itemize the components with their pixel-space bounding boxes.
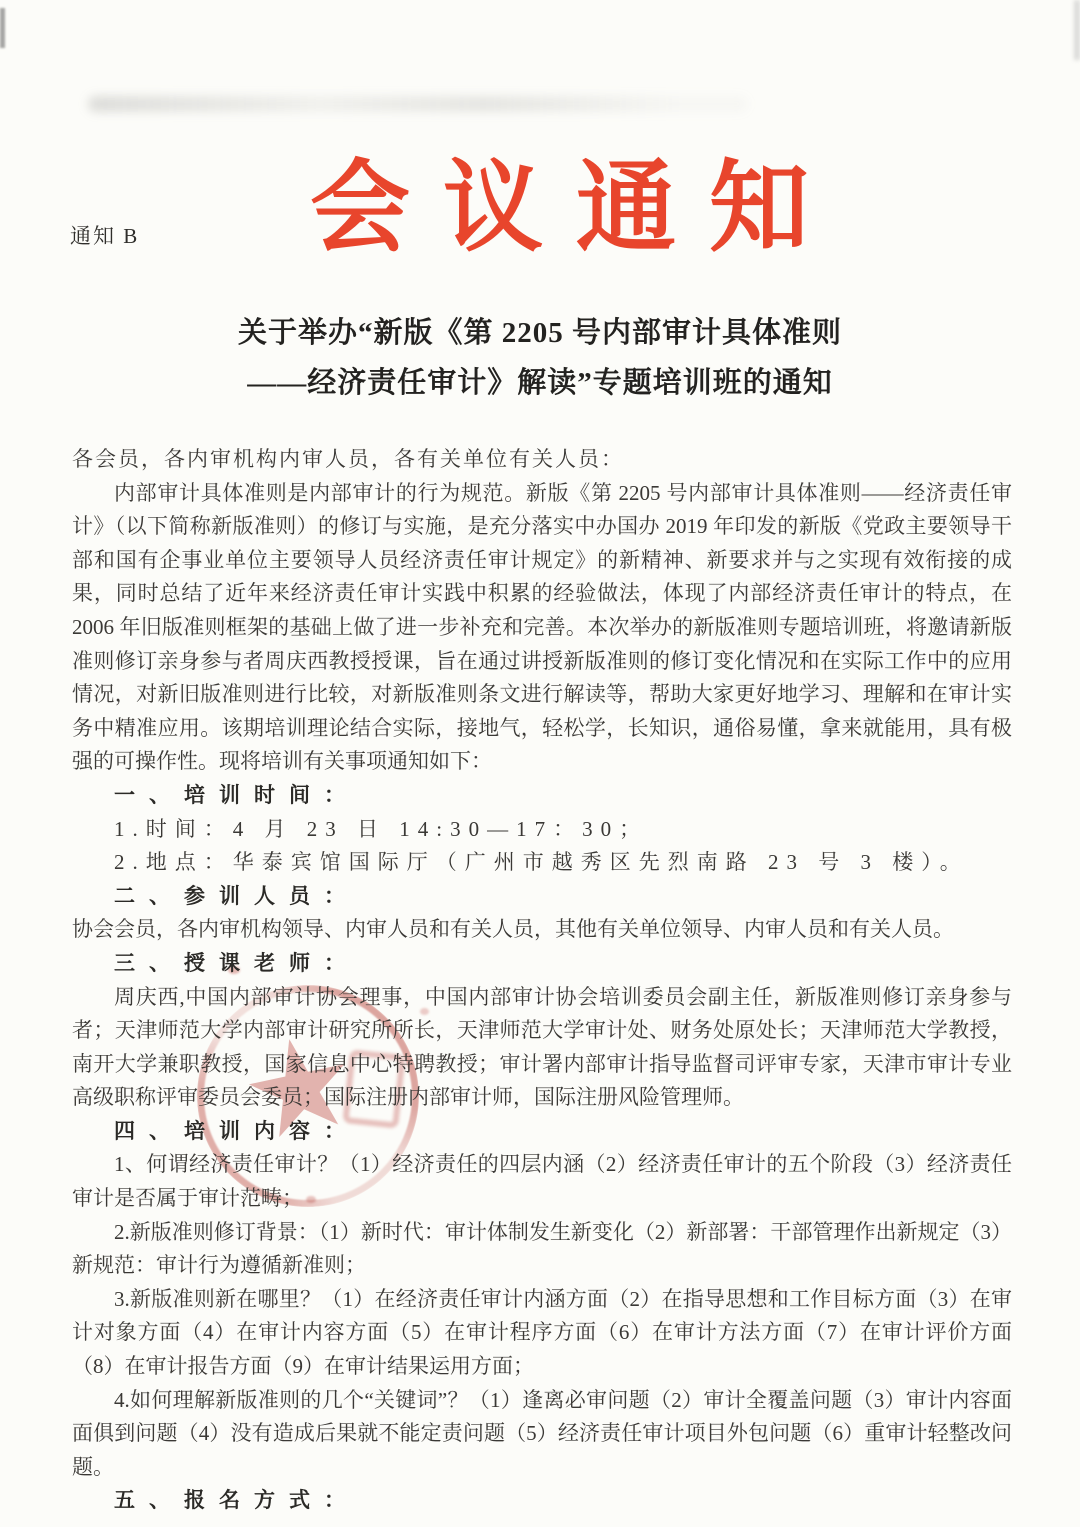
notice-subtitle-line1: 关于举办“新版《第 2205 号内部审计具体准则 xyxy=(0,308,1080,358)
content-item-1: 1、何谓经济责任审计？（1）经济责任的四层内涵（2）经济责任审计的五个阶段（3）… xyxy=(72,1148,1012,1215)
scan-smudge xyxy=(88,96,748,112)
section-heading-content: 四、培训内容： xyxy=(72,1115,1012,1149)
salutation-line: 各会员，各内审机构内审人员，各有关单位有关人员： xyxy=(72,443,1012,477)
intro-paragraph: 内部审计具体准则是内部审计的行为规范。新版《第 2205 号内部审计具体准则——… xyxy=(72,477,1012,779)
section-heading-participants: 二、参训人员： xyxy=(72,880,1012,914)
section-heading-training-time: 一、培训时间： xyxy=(72,779,1012,813)
participants-paragraph: 协会会员，各内审机构领导、内审人员和有关人员，其他有关单位领导、内审人员和有关人… xyxy=(72,913,1012,947)
content-item-2: 2.新版准则修订背景：（1）新时代：审计体制发生新变化（2）新部署：干部管理作出… xyxy=(72,1216,1012,1283)
content-item-3: 3.新版准则新在哪里？（1）在经济责任审计内涵方面（2）在指导思想和工作目标方面… xyxy=(72,1283,1012,1384)
notice-subtitle: 关于举办“新版《第 2205 号内部审计具体准则 ——经济责任审计》解读”专题培… xyxy=(0,308,1080,408)
content-item-4: 4.如何理解新版准则的几个“关键词”？（1）逢离必审问题（2）审计全覆盖问题（3… xyxy=(72,1384,1012,1485)
section-heading-registration: 五、报名方式： xyxy=(72,1484,1012,1518)
notice-subtitle-line2: ——经济责任审计》解读”专题培训班的通知 xyxy=(0,358,1080,408)
notice-main-title: 会议通知 xyxy=(310,146,842,271)
scan-edge-mark-right xyxy=(1074,0,1080,60)
corner-label: 通知 B xyxy=(70,220,139,250)
training-time-item: 1.时间：4 月 23 日 14:30—17：30； xyxy=(72,813,1012,847)
training-location-item: 2.地点：华泰宾馆国际厅（广州市越秀区先烈南路 23 号 3 楼）。 xyxy=(72,846,1012,880)
lecturer-paragraph: 周庆西,中国内部审计协会理事，中国内部审计协会培训委员会副主任，新版准则修订亲身… xyxy=(72,981,1012,1115)
scanned-notice-page: 通知 B 会议通知 关于举办“新版《第 2205 号内部审计具体准则 ——经济责… xyxy=(0,0,1080,1527)
scan-edge-mark-left xyxy=(0,8,5,48)
section-heading-lecturer: 三、授课老师： xyxy=(72,947,1012,981)
notice-body: 各会员，各内审机构内审人员，各有关单位有关人员： 内部审计具体准则是内部审计的行… xyxy=(72,443,1012,1518)
